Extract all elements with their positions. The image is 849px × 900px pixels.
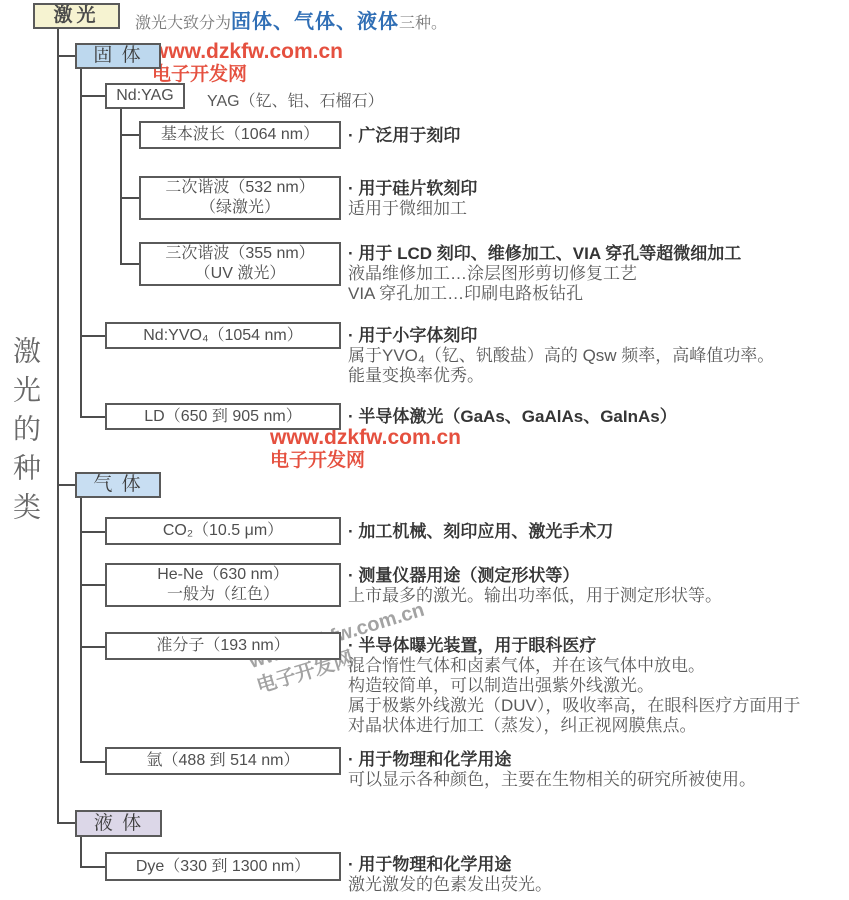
node-box-second-harmonic: 二次谐波（532 nm） （绿激光） [139,176,341,220]
node-box-argon: 氩（488 到 514 nm） [105,747,341,775]
node-label-excimer: 准分子（193 nm） [156,636,289,656]
node-label-ld: LD（650 到 905 nm） [144,407,301,427]
annotation-bold: · 加工机械、刻印应用、激光手术刀 [348,522,613,542]
annotation-dye: · 用于物理和化学用途 激光激发的色素发出荧光。 [348,855,552,895]
annotation-hene: · 测量仪器用途（测定形状等） 上市最多的激光。输出功率低，用于测定形状等。 [348,566,722,606]
connector-branch-gas [57,484,75,486]
annotation-co2: · 加工机械、刻印应用、激光手术刀 [348,522,613,542]
category-box-liquid: 液 体 [75,810,162,837]
annotation-bold: · 用于 LCD 刻印、维修加工、VIA 穿孔等超微细加工 [348,244,741,264]
node-label-basic-wavelength: 基本波长（1064 nm） [161,125,319,145]
node-label-argon: 氩（488 到 514 nm） [147,751,300,771]
watermark-name: 电子开发网 [270,449,461,472]
annotation-note: 属于极紫外线激光（DUV），吸收率高，在眼科医疗方面用于 [348,696,800,716]
root-box-laser: 激光 [33,3,120,29]
annotation-note: 属于YVO₄（钇、钒酸盐）高的 Qsw 频率，高峰值功率。 [348,346,774,366]
annotation-third-harmonic: · 用于 LCD 刻印、维修加工、VIA 穿孔等超微细加工 液晶维修加工…涂层图… [348,244,741,304]
category-label-liquid: 液 体 [94,814,143,834]
annotation-bold: · 半导体曝光装置，用于眼科医疗 [348,636,800,656]
annotation-note: 对晶状体进行加工（蒸发），纠正视网膜焦点。 [348,716,800,736]
node-label-co2: CO₂（10.5 μm） [163,521,283,541]
connector-branch-argon [80,761,105,763]
annotation-bold: · 用于物理和化学用途 [348,750,756,770]
root-label: 激光 [53,6,99,26]
category-label-gas: 气 体 [93,475,142,495]
annotation-bold: · 用于小字体刻印 [348,326,774,346]
annotation-note: 激光激发的色素发出荧光。 [348,875,552,895]
connector-branch-third [120,263,139,265]
connector-branch-hene [80,584,105,586]
annotation-bold: · 用于硅片软刻印 [348,179,477,199]
annotation-basic-wavelength: · 广泛用于刻印 [348,126,460,146]
node-label-line2: （UV 激光） [195,264,286,284]
watermark-middle: www.dzkfw.com.cn 电子开发网 [270,426,461,472]
annotation-ld: · 半导体激光（GaAs、GaAlAs、GaInAs） [348,407,677,427]
side-title: 激光的种类 [5,336,45,531]
annotation-ndyvo4: · 用于小字体刻印 属于YVO₄（钇、钒酸盐）高的 Qsw 频率，高峰值功率。 … [348,326,774,386]
node-box-dye: Dye（330 到 1300 nm） [105,852,341,881]
connector-solid-subtree [80,69,82,417]
node-label-line1: He-Ne（630 nm） [157,565,289,585]
node-box-ld: LD（650 到 905 nm） [105,403,341,430]
node-box-ndyvo4: Nd:YVO₄（1054 nm） [105,322,341,349]
node-label-ndyag: Nd:YAG [116,86,174,106]
connector-branch-ld [80,416,105,418]
connector-ndyag-subtree [120,109,122,264]
annotation-note: 能量变换率优秀。 [348,366,774,386]
annotation-note: 上市最多的激光。输出功率低，用于测定形状等。 [348,586,722,606]
node-box-co2: CO₂（10.5 μm） [105,517,341,545]
connector-branch-second [120,197,139,199]
node-label-line2: 一般为（红色） [167,585,279,605]
laser-types-diagram: 激光 激光大致分为固体、气体、液体三种。 激光的种类 www.dzkfw.com… [0,0,849,900]
intro-text: 激光大致分为固体、气体、液体三种。 [135,5,447,34]
annotation-bold: · 用于物理和化学用途 [348,855,552,875]
connector-branch-basic [120,134,139,136]
connector-branch-excimer [80,646,105,648]
category-box-gas: 气 体 [75,472,161,498]
annotation-bold: · 半导体激光（GaAs、GaAlAs、GaInAs） [348,407,677,427]
annotation-note: 适用于微细加工 [348,199,477,219]
side-note-ndyag: YAG（钇、铝、石榴石） [207,88,384,111]
connector-branch-ndyag [80,95,105,97]
node-box-basic-wavelength: 基本波长（1064 nm） [139,121,341,149]
connector-branch-co2 [80,531,105,533]
annotation-bold: · 广泛用于刻印 [348,126,460,146]
node-label-dye: Dye（330 到 1300 nm） [136,857,310,877]
intro-suffix: 三种。 [399,15,447,32]
connector-liquid-subtree [80,837,82,867]
watermark-top: www.dzkfw.com.cn 电子开发网 [152,40,343,86]
connector-branch-solid [57,55,75,57]
annotation-second-harmonic: · 用于硅片软刻印 适用于微细加工 [348,179,477,219]
annotation-bold: · 测量仪器用途（测定形状等） [348,566,722,586]
annotation-note: 构造较简单，可以制造出强紫外线激光。 [348,676,800,696]
annotation-note: 液晶维修加工…涂层图形剪切修复工艺 [348,264,741,284]
node-box-excimer: 准分子（193 nm） [105,632,341,660]
connector-branch-dye [80,866,105,868]
node-box-ndyag: Nd:YAG [105,83,185,109]
annotation-note: VIA 穿孔加工…印刷电路板钻孔 [348,284,741,304]
connector-trunk [57,29,59,824]
intro-highlight: 固体、气体、液体 [231,11,399,33]
category-box-solid: 固 体 [75,43,161,69]
intro-prefix: 激光大致分为 [135,15,231,32]
annotation-argon: · 用于物理和化学用途 可以显示各种颜色，主要在生物相关的研究所被使用。 [348,750,756,790]
annotation-note: 混合惰性气体和卤素气体，并在该气体中放电。 [348,656,800,676]
connector-branch-ndyvo4 [80,335,105,337]
node-box-third-harmonic: 三次谐波（355 nm） （UV 激光） [139,242,341,286]
watermark-site: www.dzkfw.com.cn [152,40,343,63]
node-label-line2: （绿激光） [200,198,280,218]
node-label-line1: 二次谐波（532 nm） [165,178,314,198]
annotation-note: 可以显示各种颜色，主要在生物相关的研究所被使用。 [348,770,756,790]
annotation-excimer: · 半导体曝光装置，用于眼科医疗 混合惰性气体和卤素气体，并在该气体中放电。 构… [348,636,800,736]
node-box-hene: He-Ne（630 nm） 一般为（红色） [105,563,341,607]
category-label-solid: 固 体 [93,46,142,66]
node-label-ndyvo4: Nd:YVO₄（1054 nm） [143,326,303,346]
connector-gas-subtree [80,498,82,762]
node-label-line1: 三次谐波（355 nm） [165,244,314,264]
connector-branch-liquid [57,822,75,824]
